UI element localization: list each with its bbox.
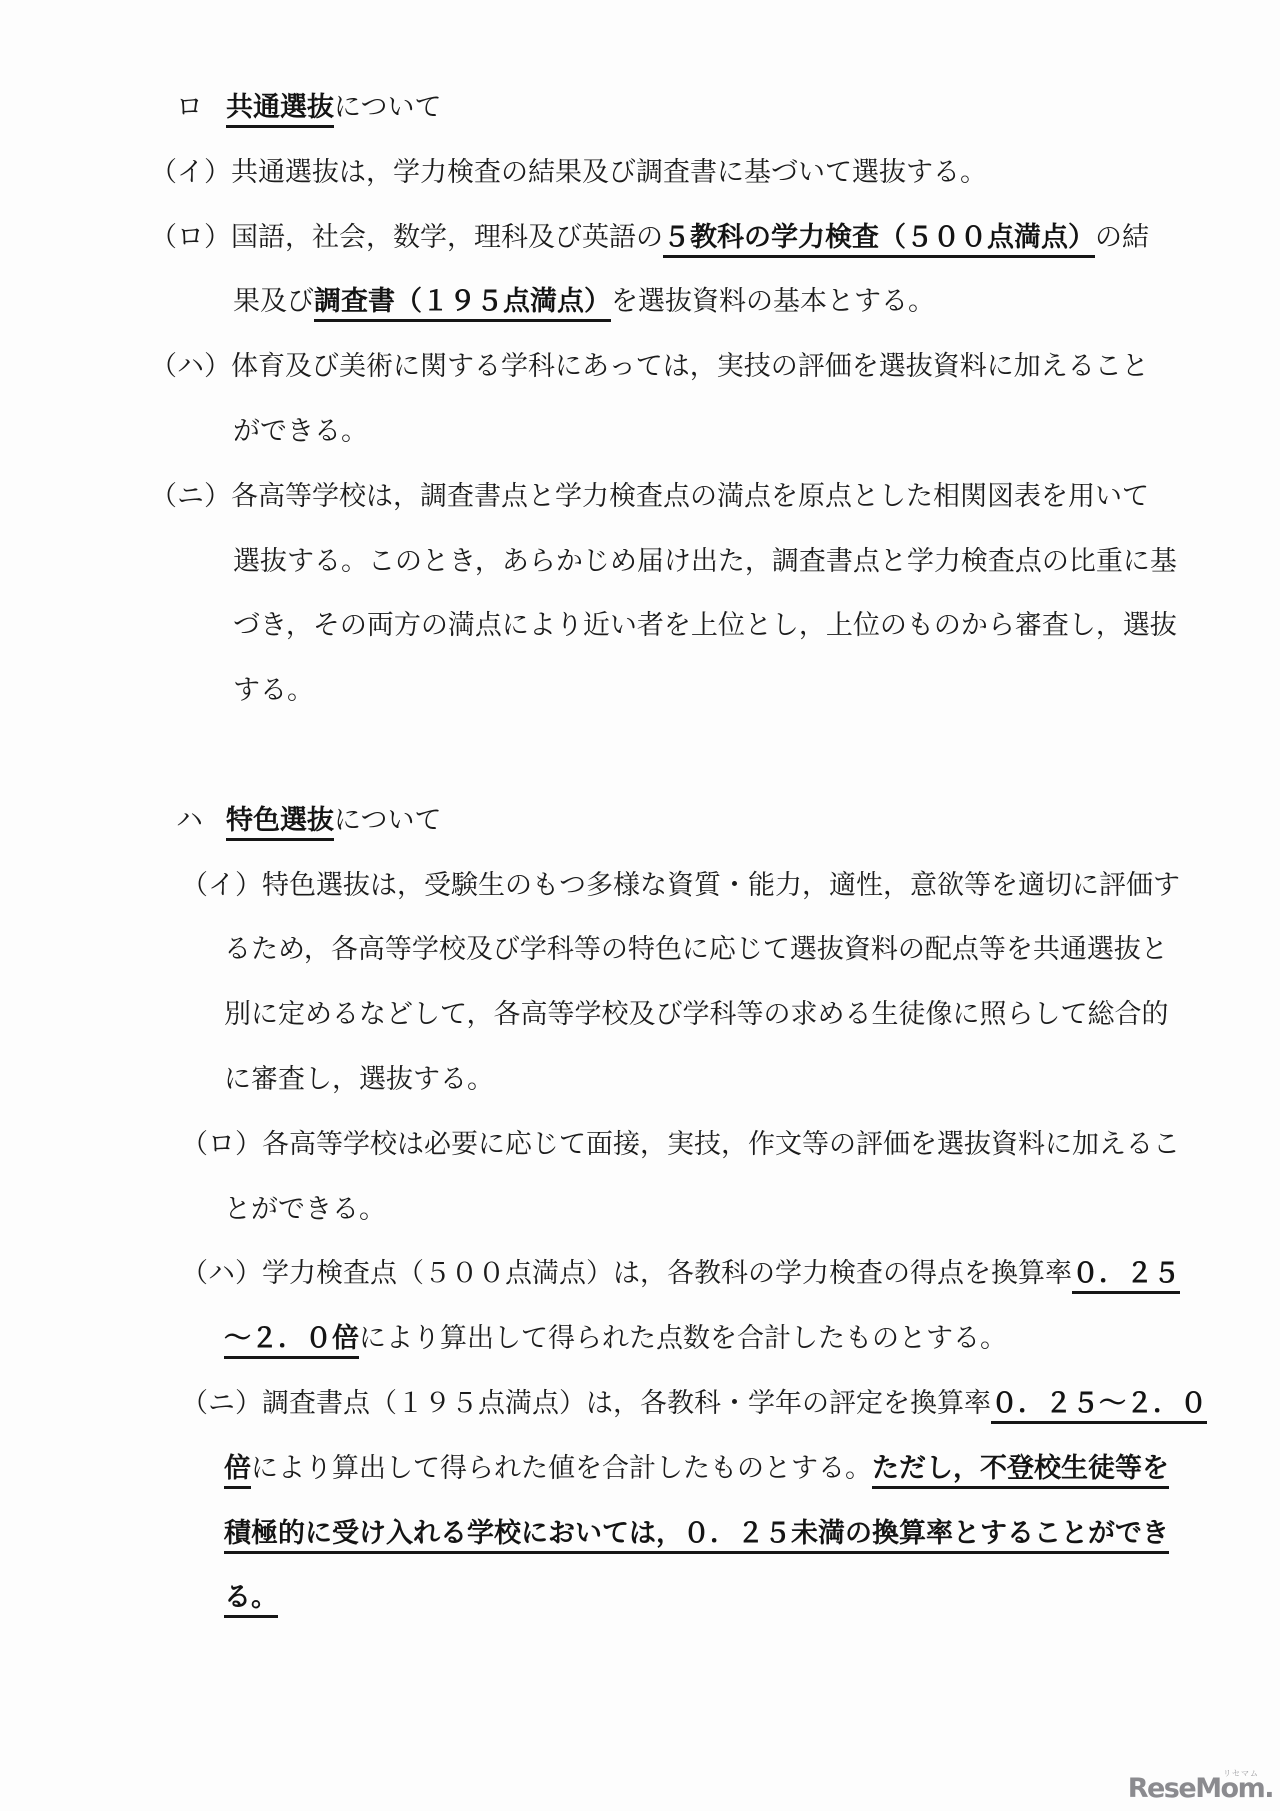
list-marker: （イ） <box>150 157 231 188</box>
continuation-line: する。 <box>0 659 1280 724</box>
body-text: 別に定めるなどして，各高等学校及び学科等の求める生徒像に照らして総合的 <box>224 999 1168 1030</box>
emphasized-text: ０．２５～２．０ <box>991 1388 1207 1424</box>
list-marker: （ニ） <box>181 1388 262 1419</box>
emphasized-text: ただし，不登校生徒等を <box>872 1453 1169 1489</box>
body-text: 共通選抜は，学力検査の結果及び調査書に基づいて選抜する。 <box>231 157 987 188</box>
body-text: 体育及び美術に関する学科にあっては，実技の評価を選抜資料に加えること <box>231 351 1149 382</box>
list-item-line: （ニ）各高等学校は，調査書点と学力検査点の満点を原点とした相関図表を用いて <box>0 465 1280 530</box>
list-marker: （ロ） <box>181 1129 262 1160</box>
document-body: ロ共通選抜について （イ）共通選抜は，学力検査の結果及び調査書に基づいて選抜する… <box>0 0 1280 1631</box>
body-text: とができる。 <box>224 1194 386 1225</box>
body-text: により算出して得られた値を合計したものとする。 <box>251 1453 872 1484</box>
list-item-line: （ニ）調査書点（１９５点満点）は，各教科・学年の評定を換算率０．２５～２．０ <box>0 1372 1280 1437</box>
continuation-line: ～２．０倍により算出して得られた点数を合計したものとする。 <box>0 1307 1280 1372</box>
list-marker: （ハ） <box>181 1258 262 1289</box>
emphasized-text: 特色選抜 <box>226 805 334 841</box>
body-text: 学力検査点（５００点満点）は，各教科の学力検査の得点を換算率 <box>262 1258 1072 1289</box>
list-item-line: （ハ）体育及び美術に関する学科にあっては，実技の評価を選抜資料に加えること <box>0 335 1280 400</box>
continuation-line: 果及び調査書（１９５点満点）を選抜資料の基本とする。 <box>0 270 1280 335</box>
resemom-watermark: リセマム ReseMom. <box>1128 1775 1273 1802</box>
body-text: 特色選抜は，受験生のもつ多様な資質・能力，適性，意欲等を適切に評価す <box>262 870 1180 901</box>
body-text: づき，その両方の満点により近い者を上位とし，上位のものから審査し，選抜 <box>233 610 1177 641</box>
list-marker: ハ <box>176 805 203 836</box>
list-marker: ロ <box>176 92 203 123</box>
list-item-line: （ハ）学力検査点（５００点満点）は，各教科の学力検査の得点を換算率０．２５ <box>0 1242 1280 1307</box>
section-heading-line: ロ共通選抜について <box>0 76 1280 141</box>
emphasized-text: 積極的に受け入れる学校においては，０．２５未満の換算率とすることができ <box>224 1518 1169 1554</box>
body-text: に審査し，選抜する。 <box>224 1064 494 1095</box>
list-item-line: （ロ）国語，社会，数学，理科及び英語の５教科の学力検査（５００点満点）の結 <box>0 206 1280 271</box>
continuation-line: とができる。 <box>0 1178 1280 1243</box>
emphasized-text: 共通選抜 <box>226 92 334 128</box>
emphasized-text: ５教科の学力検査（５００点満点） <box>663 222 1095 258</box>
resemom-logo-ruby: リセマム <box>1223 1768 1259 1779</box>
emphasized-text: る。 <box>224 1582 278 1618</box>
list-item-line: （イ）特色選抜は，受験生のもつ多様な資質・能力，適性，意欲等を適切に評価す <box>0 854 1280 919</box>
continuation-line: る。 <box>0 1566 1280 1631</box>
emphasized-text: ～２．０倍 <box>224 1323 359 1359</box>
body-text: の結 <box>1095 222 1149 253</box>
body-text: する。 <box>233 675 314 706</box>
continuation-line: 積極的に受け入れる学校においては，０．２５未満の換算率とすることができ <box>0 1502 1280 1567</box>
continuation-line: るため，各高等学校及び学科等の特色に応じて選抜資料の配点等を共通選抜と <box>0 918 1280 983</box>
list-marker: （イ） <box>181 870 262 901</box>
document-page: ロ共通選抜について （イ）共通選抜は，学力検査の結果及び調査書に基づいて選抜する… <box>0 0 1280 1811</box>
continuation-line: に審査し，選抜する。 <box>0 1048 1280 1113</box>
body-text: 各高等学校は，調査書点と学力検査点の満点を原点とした相関図表を用いて <box>231 481 1149 512</box>
body-text: により算出して得られた点数を合計したものとする。 <box>359 1323 1007 1354</box>
list-marker: （ニ） <box>150 481 231 512</box>
body-text: を選抜資料の基本とする。 <box>611 286 935 317</box>
body-text: 国語，社会，数学，理科及び英語の <box>231 222 663 253</box>
body-text: ができる。 <box>233 416 368 447</box>
list-marker: （ハ） <box>150 351 231 382</box>
continuation-line: 別に定めるなどして，各高等学校及び学科等の求める生徒像に照らして総合的 <box>0 983 1280 1048</box>
body-text: について <box>334 92 441 123</box>
continuation-line: ができる。 <box>0 400 1280 465</box>
body-text: 選抜する。このとき，あらかじめ届け出た，調査書点と学力検査点の比重に基 <box>233 546 1177 577</box>
emphasized-text: ０．２５ <box>1072 1258 1180 1294</box>
body-text: 各高等学校は必要に応じて面接，実技，作文等の評価を選抜資料に加えるこ <box>262 1129 1180 1160</box>
emphasized-text: 倍 <box>224 1453 251 1489</box>
continuation-line: づき，その両方の満点により近い者を上位とし，上位のものから審査し，選抜 <box>0 594 1280 659</box>
continuation-line: 選抜する。このとき，あらかじめ届け出た，調査書点と学力検査点の比重に基 <box>0 530 1280 595</box>
body-text: 果及び <box>233 286 314 317</box>
list-item-line: （イ）共通選抜は，学力検査の結果及び調査書に基づいて選抜する。 <box>0 141 1280 206</box>
continuation-line: 倍により算出して得られた値を合計したものとする。ただし，不登校生徒等を <box>0 1437 1280 1502</box>
section-heading-line: ハ特色選抜について <box>0 789 1280 854</box>
list-marker: （ロ） <box>150 222 231 253</box>
blank-line <box>0 724 1280 789</box>
list-item-line: （ロ）各高等学校は必要に応じて面接，実技，作文等の評価を選抜資料に加えるこ <box>0 1113 1280 1178</box>
body-text: るため，各高等学校及び学科等の特色に応じて選抜資料の配点等を共通選抜と <box>224 934 1168 965</box>
emphasized-text: 調査書（１９５点満点） <box>314 286 611 322</box>
body-text: について <box>334 805 441 836</box>
body-text: 調査書点（１９５点満点）は，各教科・学年の評定を換算率 <box>262 1388 991 1419</box>
